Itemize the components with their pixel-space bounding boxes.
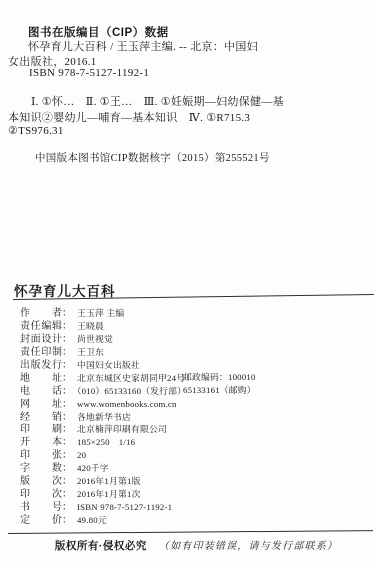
cip-class-line-2: 本知识②婴幼儿—哺育—基本知识 Ⅳ. ①R715.3	[8, 109, 250, 125]
label-colon: ：	[62, 515, 72, 526]
colophon-phone-secondary: 65133161（邮购）	[183, 384, 256, 397]
label-colon: ：	[62, 502, 72, 513]
label-colon: ：	[62, 334, 72, 345]
colophon-row-address: 地址：北京东城区史家胡同甲24号邮政编码：100010	[20, 371, 360, 384]
cip-entry-line-1: 怀孕育儿大百科 / 王玉萍主编. -- 北京：中国妇	[28, 38, 258, 54]
colophon-value: 王卫东	[77, 347, 104, 357]
cip-isbn-line: ISBN 978-7-5127-1192-1	[29, 67, 149, 79]
label-colon: ：	[62, 347, 72, 358]
colophon-row-print-supervisor: 责任印制：王卫东	[20, 345, 360, 358]
colophon-row-editor: 责任编辑：王晓晨	[20, 319, 360, 332]
label-colon: ：	[62, 424, 72, 435]
colophon-row-sheets: 印张：20	[20, 448, 360, 461]
label-colon: ：	[62, 476, 72, 487]
label-colon: ：	[62, 373, 72, 384]
cip-class-line-3: ②TS976.31	[8, 124, 64, 137]
label-colon: ：	[62, 386, 72, 397]
colophon-row-publisher: 出版发行：中国妇女出版社	[20, 358, 360, 371]
copyright-page: 图书在版编目（CIP）数据 怀孕育儿大百科 / 王玉萍主编. -- 北京：中国妇…	[0, 0, 375, 567]
footer-divider-rule	[8, 530, 373, 534]
copyright-note: （如有印装错误，请与发行部联系）	[159, 541, 338, 552]
copyright-notice: 版权所有·侵权必究	[55, 540, 147, 552]
label-colon: ：	[62, 412, 72, 423]
colophon-row-author: 作者：王玉萍 主编	[20, 306, 360, 319]
label-colon: ：	[62, 489, 72, 500]
colophon-value: 20	[77, 450, 86, 460]
colophon-row-distributor: 经销：各地新华书店	[20, 410, 360, 423]
colophon-value: 王晓晨	[77, 321, 104, 331]
colophon-row-impression: 印次：2016年1月第1次	[20, 487, 360, 500]
colophon-value: （010）65133160（发行部）	[77, 386, 186, 396]
label-colon: ：	[62, 321, 72, 332]
label-colon: ：	[62, 360, 72, 371]
colophon-value: 北京东城区史家胡同甲24号	[77, 373, 185, 383]
colophon-row-word-count: 字数：420千字	[20, 461, 360, 474]
label-colon: ：	[62, 450, 72, 461]
colophon-value: 各地新华书店	[77, 412, 131, 422]
colophon: 作者：王玉萍 主编 责任编辑：王晓晨 封面设计：尚世视觉 责任印制：王卫东 出版…	[20, 306, 360, 526]
colophon-value: 2016年1月第1次	[77, 489, 141, 499]
colophon-row-price: 定价：49.80元	[20, 513, 360, 526]
colophon-row-isbn: 书号：ISBN 978-7-5127-1192-1	[20, 500, 360, 513]
colophon-row-website: 网址：www.womenbooks.com.cn	[20, 397, 360, 410]
colophon-label: 定价	[20, 515, 62, 528]
colophon-row-edition: 版次：2016年1月第1版	[20, 474, 360, 487]
colophon-value: 185×250 1/16	[77, 437, 135, 447]
colophon-row-cover-design: 封面设计：尚世视觉	[20, 332, 360, 345]
colophon-value: 中国妇女出版社	[77, 360, 140, 370]
label-colon: ：	[62, 308, 72, 319]
colophon-value: 49.80元	[77, 515, 107, 525]
copyright-footer: 版权所有·侵权必究（如有印装错误，请与发行部联系）	[0, 536, 375, 554]
colophon-postal-code: 邮政编码：100010	[183, 371, 256, 384]
cip-registry-number: 中国版本图书馆CIP数据核字（2015）第255521号	[35, 150, 270, 165]
colophon-value: 2016年1月第1版	[77, 476, 141, 486]
colophon-value: 尚世视觉	[77, 334, 113, 344]
colophon-value: www.womenbooks.com.cn	[77, 399, 177, 409]
colophon-row-printer: 印刷：北京楠萍印刷有限公司	[20, 422, 360, 435]
cip-class-line-1: Ⅰ. ①怀… Ⅱ. ①王… Ⅲ. ①妊娠期—妇幼保健—基	[31, 93, 284, 109]
colophon-value: ISBN 978-7-5127-1192-1	[77, 502, 172, 512]
label-colon: ：	[62, 399, 72, 410]
colophon-row-format: 开本：185×250 1/16	[20, 435, 360, 448]
label-colon: ：	[62, 437, 72, 448]
colophon-row-phone: 电话：（010）65133160（发行部）65133161（邮购）	[20, 384, 360, 397]
colophon-value: 420千字	[77, 463, 109, 473]
colophon-value: 王玉萍 主编	[77, 308, 124, 318]
colophon-value: 北京楠萍印刷有限公司	[77, 424, 167, 434]
label-colon: ：	[62, 463, 72, 474]
